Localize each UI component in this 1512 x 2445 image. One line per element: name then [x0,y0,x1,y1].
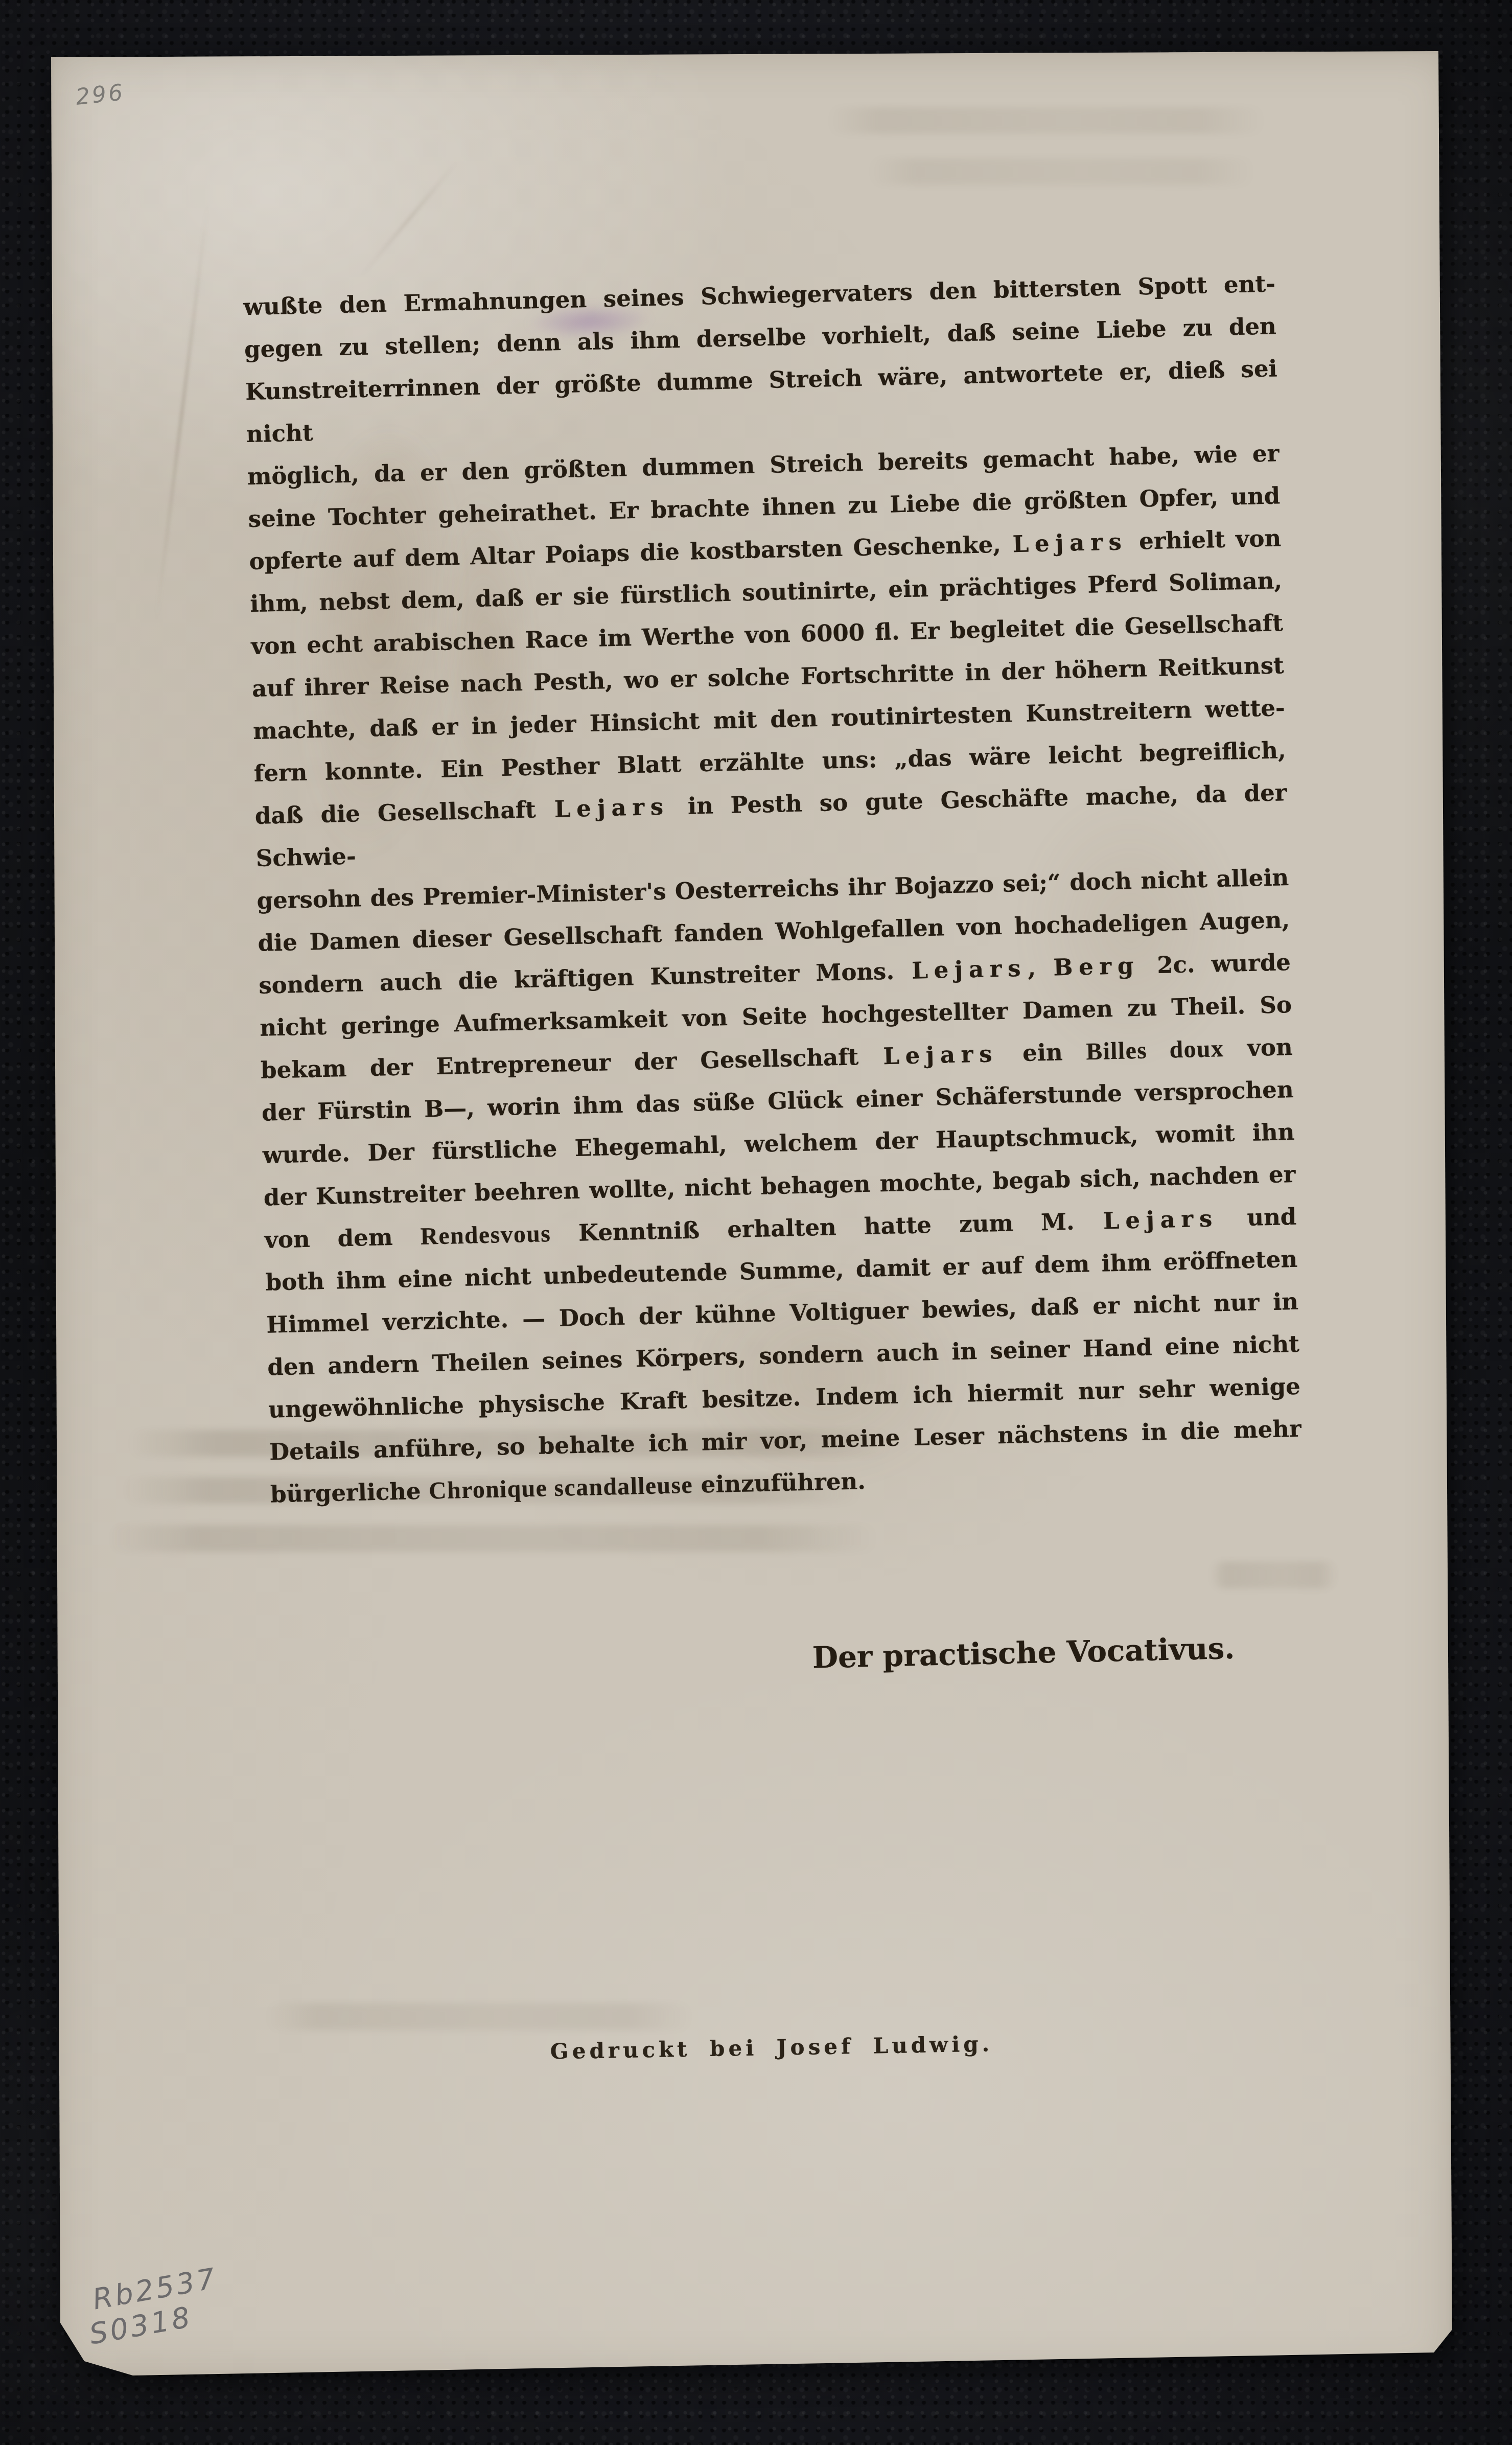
paper-crease [359,159,459,279]
text-segment: daß die Gesellschaft [254,796,553,829]
printer-imprint: Gedruckt bei Josef Ludwig. [255,2026,1288,2069]
handwritten-shelfmark: Rb2537 S0318 [90,2262,226,2350]
text-segment: , [1028,954,1053,982]
emphasized-text: Billes doux [1086,1035,1224,1065]
scan-photograph: { "colors": { "backdrop": "#131419", "pa… [0,0,1512,2445]
emphasized-text: Lejars [1103,1205,1218,1234]
emphasized-text: Lejars [554,793,669,823]
signature-line: Der practische Vocativus. [274,1629,1307,1688]
text-segment: bürgerliche [270,1478,429,1508]
text-segment: sondern auch die kräftigen Kunstreiter M… [259,957,911,999]
emphasized-text: Lejars [912,955,1027,984]
paper-crease [155,205,209,621]
text-segment: erhielt von [1128,524,1282,555]
document-page-wrapper: 296 wußte den Ermahnungen seines Schwieg… [50,50,1453,2379]
printed-text-block: wußte den Ermahnungen seines Schwiegerva… [243,262,1307,1687]
text-segment: bekam der Entrepreneur der Gesellschaft [261,1043,882,1084]
emphasized-text: Berg [1053,952,1140,981]
emphasized-text: Lejars [883,1040,998,1070]
ink-showthrough [265,2003,694,2030]
emphasized-text: Lejars [1012,528,1128,558]
text-segment: 2c. wurde [1141,949,1291,979]
text-segment: von dem [264,1223,421,1254]
text-segment: ein [999,1038,1086,1067]
emphasized-text: Rendesvous [420,1220,551,1250]
text-segment: einzuführen. [692,1467,866,1498]
text-segment: Kenntniß erhalten hatte zum M. [550,1208,1102,1247]
text-segment: Kunstreiterrinnen der größte dumme Strei… [245,355,1277,448]
body-text: wußte den Ermahnungen seines Schwiegerva… [243,262,1302,1515]
emphasized-text: Chronique scandalleuse [429,1471,693,1505]
rust-speck [1461,545,1469,555]
text-segment: von [1223,1033,1293,1062]
text-segment: und [1219,1203,1297,1232]
ink-showthrough [827,107,1266,134]
document-page: 296 wußte den Ermahnungen seines Schwieg… [50,50,1453,2379]
handwritten-folio-number: 296 [75,79,126,110]
ink-showthrough [868,158,1256,185]
